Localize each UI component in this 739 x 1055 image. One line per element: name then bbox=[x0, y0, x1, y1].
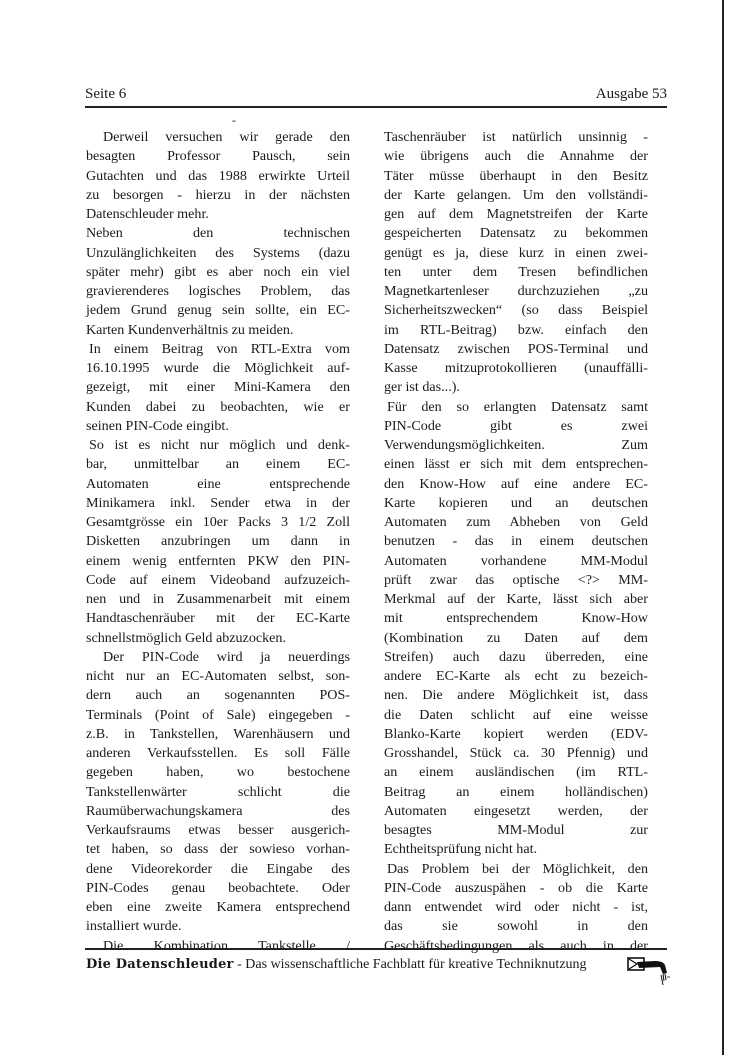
header-rule bbox=[85, 106, 667, 108]
text-line: ger ist das...). bbox=[384, 378, 648, 397]
text-line: Code auf einem Videoband aufzuzeich- bbox=[86, 571, 350, 590]
text-line: später mehr) gibt es aber noch ein viel bbox=[86, 263, 350, 282]
text-line: nen. Die andere Möglichkeit ist, dass bbox=[384, 686, 648, 705]
text-line: Echtheitsprüfung nicht hat. bbox=[384, 840, 648, 859]
text-line: bar, unmittelbar an einem EC- bbox=[86, 455, 350, 474]
text-line: Magnetkartenleser durchzuziehen „zu bbox=[384, 282, 648, 301]
footer-tagline: Das wissenschaftliche Fachblatt für krea… bbox=[245, 957, 586, 972]
text-line: PIN-Code auszuspähen - ob die Karte bbox=[384, 879, 648, 898]
text-line: Datensatz zwischen POS-Terminal und bbox=[384, 340, 648, 359]
text-line: So ist es nicht nur möglich und denk- bbox=[86, 436, 350, 455]
text-line: Geschäftsbedingungen als auch in der bbox=[384, 937, 648, 956]
text-line: den Know-How auf eine andere EC- bbox=[384, 475, 648, 494]
text-line: prüft zwar das optische <?> MM- bbox=[384, 571, 648, 590]
text-line: Taschenräuber ist natürlich unsinnig - bbox=[384, 128, 648, 147]
text-line: im RTL-Beitrag) bzw. einfach den bbox=[384, 321, 648, 340]
text-line: Derweil versuchen wir gerade den bbox=[86, 128, 350, 147]
text-line: einen lässt er sich mit dem entsprechen- bbox=[384, 455, 648, 474]
text-line: Handtaschenräuber mit der EC-Karte bbox=[86, 609, 350, 628]
text-line: installiert wurde. bbox=[86, 917, 350, 936]
text-line: Tankstellenwärter schlicht die bbox=[86, 783, 350, 802]
text-line: Automaten zum Abheben von Geld bbox=[384, 513, 648, 532]
text-line: Täter müsse überhaupt in den Besitz bbox=[384, 167, 648, 186]
text-line: tet haben, so dass der sowieso vorhan- bbox=[86, 840, 350, 859]
text-line: Datenschleuder mehr. bbox=[86, 205, 350, 224]
text-line: mit entsprechendem Know-How bbox=[384, 609, 648, 628]
article-column-right: Taschenräuber ist natürlich unsinnig -wi… bbox=[384, 128, 648, 956]
text-line: nen und in Zusammenarbeit mit einem bbox=[86, 590, 350, 609]
text-line: Streifen) auch dazu überreden, eine bbox=[384, 648, 648, 667]
page-footer: Die Datenschleuder - Das wissenschaftlic… bbox=[86, 957, 626, 973]
text-line: seinen PIN-Code eingibt. bbox=[86, 417, 350, 436]
text-line: besagten Professor Pausch, sein bbox=[86, 147, 350, 166]
text-line: Unzulänglichkeiten des Systems (dazu bbox=[86, 244, 350, 263]
text-line: Das Problem bei der Möglichkeit, den bbox=[384, 860, 648, 879]
text-line: schnellstmöglich Geld abzuzocken. bbox=[86, 629, 350, 648]
footer-separator: - bbox=[234, 957, 246, 972]
text-line: (Kombination zu Daten auf dem bbox=[384, 629, 648, 648]
text-line: dene Videorekorder die Eingabe des bbox=[86, 860, 350, 879]
text-line: Automaten vorhandene MM-Modul bbox=[384, 552, 648, 571]
text-line: PIN-Code gibt es zwei bbox=[384, 417, 648, 436]
text-line: ten unter dem Tresen befindlichen bbox=[384, 263, 648, 282]
text-line: z.B. in Tankstellen, Warenhäusern und bbox=[86, 725, 350, 744]
text-line: wie übrigens auch die Annahme der bbox=[384, 147, 648, 166]
text-line: eben eine zweite Kamera entsprechend bbox=[86, 898, 350, 917]
text-line: Der PIN-Code wird ja neuerdings bbox=[86, 648, 350, 667]
text-line: Verkaufsraums etwas besser ausgerich- bbox=[86, 821, 350, 840]
text-line: jedem Grund genug sein sollte, ein EC- bbox=[86, 301, 350, 320]
stray-mark: - bbox=[232, 113, 236, 128]
text-line: Gutachten und das 1988 erwirkte Urteil bbox=[86, 167, 350, 186]
text-line: besagtes MM-Modul zur bbox=[384, 821, 648, 840]
text-line: gespeicherten Datensatz zu bekommen bbox=[384, 224, 648, 243]
text-line: gezeigt, mit einer Mini-Kamera den bbox=[86, 378, 350, 397]
text-line: benutzen - das in einem deutschen bbox=[384, 532, 648, 551]
text-line: Karten Kundenverhältnis zu meiden. bbox=[86, 321, 350, 340]
text-line: Grosshandel, Stück ca. 30 Pfennig) und bbox=[384, 744, 648, 763]
text-line: genügt es ja, diese kurz in einen zwei- bbox=[384, 244, 648, 263]
text-line: Terminals (Point of Sale) eingegeben - bbox=[86, 706, 350, 725]
text-line: gegeben haben, wo bestochene bbox=[86, 763, 350, 782]
issue-number: Ausgabe 53 bbox=[596, 86, 667, 103]
text-line: nicht nur an EC-Automaten selbst, son- bbox=[86, 667, 350, 686]
text-line: Blanko-Karte kopiert werden (EDV- bbox=[384, 725, 648, 744]
text-line: Die Kombination Tankstelle / bbox=[86, 937, 350, 956]
text-line: Automaten eingesetzt werden, der bbox=[384, 802, 648, 821]
text-line: dern auch an sogenannten POS- bbox=[86, 686, 350, 705]
text-line: Minikamera inkl. Sender etwa in der bbox=[86, 494, 350, 513]
page-header: Seite 6 Ausgabe 53 bbox=[85, 84, 667, 106]
text-line: dann entwendet wird oder nicht - ist, bbox=[384, 898, 648, 917]
text-line: an einem ausländischen (im RTL- bbox=[384, 763, 648, 782]
text-line: Für den so erlangten Datensatz samt bbox=[384, 398, 648, 417]
footer-rule bbox=[85, 948, 667, 950]
text-line: das sie sowohl in den bbox=[384, 917, 648, 936]
text-line: Karte kopieren und an deutschen bbox=[384, 494, 648, 513]
text-line: In einem Beitrag von RTL-Extra vom bbox=[86, 340, 350, 359]
text-line: Kunden dabei zu beobachten, wie er bbox=[86, 398, 350, 417]
masthead-title: Die Datenschleuder bbox=[86, 957, 234, 972]
text-line: Automaten eine entsprechende bbox=[86, 475, 350, 494]
article-column-left: Derweil versuchen wir gerade denbesagten… bbox=[86, 128, 350, 956]
text-line: Kasse mitzuprotokollieren (unauffälli- bbox=[384, 359, 648, 378]
text-line: anderen Verkaufsstellen. Es soll Fälle bbox=[86, 744, 350, 763]
text-line: Merkmal auf der Karte, lässt sich aber bbox=[384, 590, 648, 609]
page-edge-line bbox=[722, 0, 724, 1055]
text-line: PIN-Codes genau beobachtete. Oder bbox=[86, 879, 350, 898]
text-line: Verwendungsmöglichkeiten. Zum bbox=[384, 436, 648, 455]
text-line: Disketten anzubringen um dann in bbox=[86, 532, 350, 551]
text-line: Beitrag an einem holländischen) bbox=[384, 783, 648, 802]
text-line: andere EC-Karte als echt zu bezeich- bbox=[384, 667, 648, 686]
text-line: Neben den technischen bbox=[86, 224, 350, 243]
text-line: Sicherheitszwecken“ (so dass Beispiel bbox=[384, 301, 648, 320]
text-line: einem wenig entfernten PKW den PIN- bbox=[86, 552, 350, 571]
card-swipe-hand-icon bbox=[627, 955, 672, 987]
text-line: Gesamtgrösse ein 10er Packs 3 1/2 Zoll bbox=[86, 513, 350, 532]
text-line: der Karte gelangen. Um den vollständi- bbox=[384, 186, 648, 205]
text-line: Raumüberwachungskamera des bbox=[86, 802, 350, 821]
text-line: die Daten schlicht auf eine weisse bbox=[384, 706, 648, 725]
text-line: gen auf dem Magnetstreifen der Karte bbox=[384, 205, 648, 224]
text-line: gravierenderes logisches Problem, das bbox=[86, 282, 350, 301]
text-line: 16.10.1995 wurde die Möglichkeit auf- bbox=[86, 359, 350, 378]
text-line: zu besorgen - hierzu in der nächsten bbox=[86, 186, 350, 205]
page-number: Seite 6 bbox=[85, 86, 126, 103]
